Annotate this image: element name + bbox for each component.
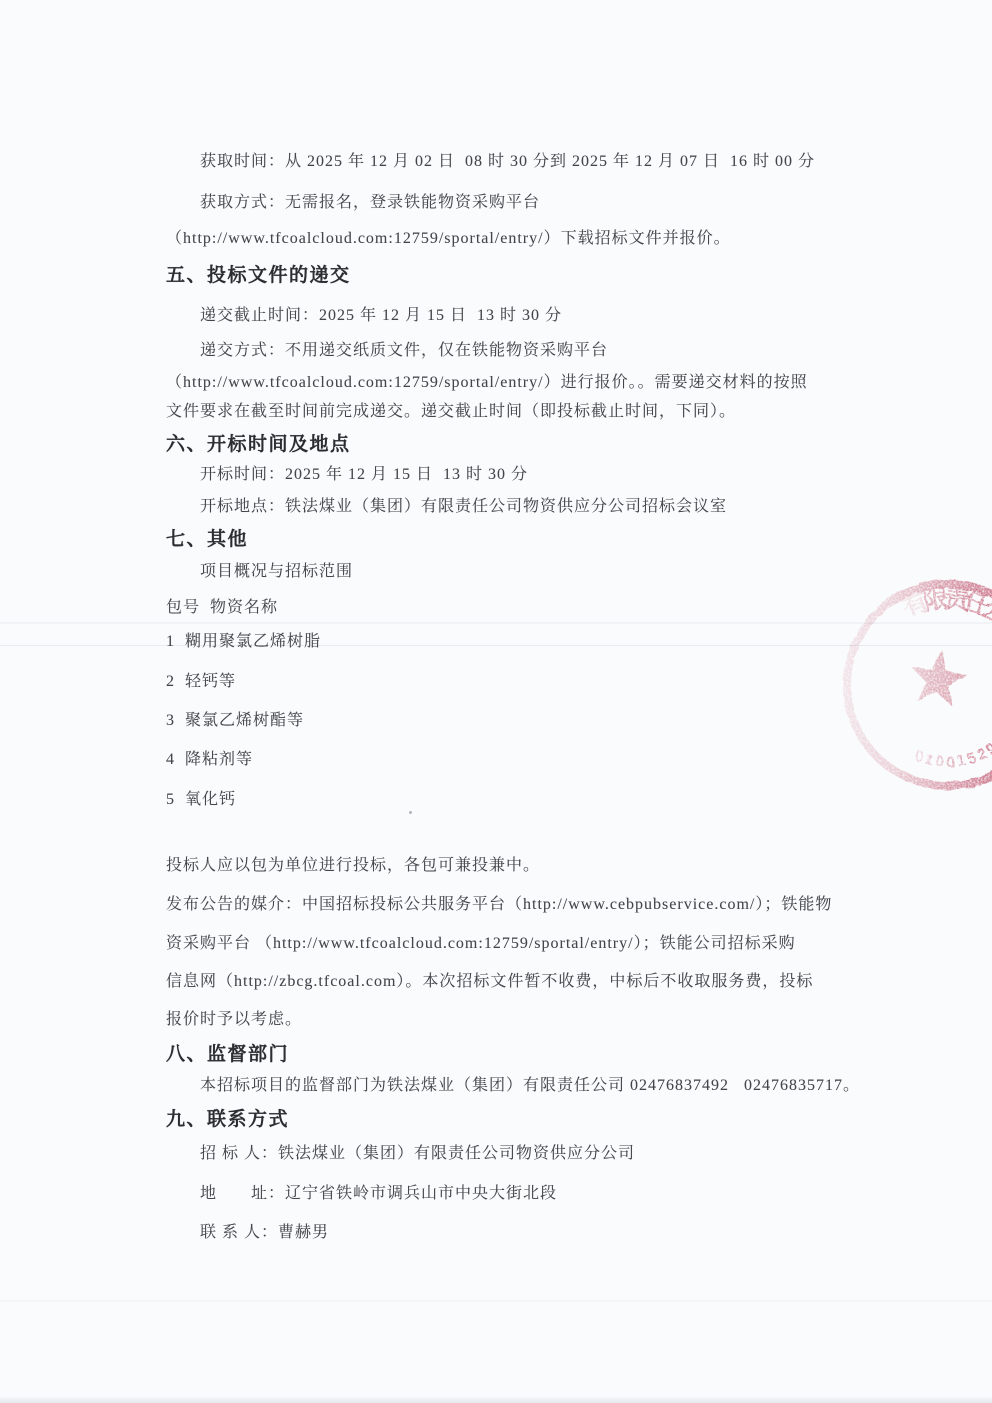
heading-section-8: 八、监督部门 <box>166 1039 289 1066</box>
svg-text:0: 0 <box>946 754 955 771</box>
svg-text:1: 1 <box>923 751 935 770</box>
package-item-3: 3 聚氯乙烯树酯等 <box>166 707 304 730</box>
line-media-3: 信息网（http://zbcg.tfcoal.com）。本次招标文件暂不收费，中… <box>166 968 813 991</box>
package-item-5: 5 氧化钙 <box>166 786 236 809</box>
scan-dot-artifact <box>409 811 412 814</box>
line-acquire-method: 获取方式：无需报名，登录铁能物资采购平台 <box>200 189 540 212</box>
heading-section-7: 七、其他 <box>166 524 248 551</box>
scan-band-artifact <box>0 1300 992 1302</box>
line-submit-url: （http://www.tfcoalcloud.com:12759/sporta… <box>166 369 808 392</box>
line-tenderer: 招 标 人：铁法煤业（集团）有限责任公司物资供应分公司 <box>200 1140 635 1163</box>
line-media-1: 发布公告的媒介：中国招标投标公共服务平台（http://www.cebpubse… <box>166 891 832 914</box>
scan-bottom-edge <box>0 1396 992 1403</box>
line-package-header: 包号 物资名称 <box>166 594 278 617</box>
line-media-2: 资采购平台 （http://www.tfcoalcloud.com:12759/… <box>166 930 796 953</box>
line-project-overview: 项目概况与招标范围 <box>200 558 353 581</box>
scanned-document-page: 获取时间：从 2025 年 12 月 02 日 08 时 30 分到 2025 … <box>0 0 992 1403</box>
line-submit-method: 递交方式：不用递交纸质文件，仅在铁能物资采购平台 <box>200 337 608 360</box>
line-supervision: 本招标项目的监督部门为铁法煤业（集团）有限责任公司 02476837492 02… <box>200 1072 860 1095</box>
official-seal-stamp: 有限责任公01001529 <box>823 560 992 810</box>
line-submit-deadline: 递交截止时间：2025 年 12 月 15 日 13 时 30 分 <box>200 302 562 325</box>
line-opening-place: 开标地点：铁法煤业（集团）有限责任公司物资供应分公司招标会议室 <box>200 493 727 516</box>
package-item-2: 2 轻钙等 <box>166 668 236 691</box>
line-submit-note: 文件要求在截至时间前完成递交。递交截止时间（即投标截止时间，下同）。 <box>166 398 736 421</box>
line-opening-time: 开标时间：2025 年 12 月 15 日 13 时 30 分 <box>200 461 528 484</box>
line-media-4: 报价时予以考虑。 <box>166 1006 302 1029</box>
package-item-4: 4 降粘剂等 <box>166 746 253 769</box>
line-contact: 联 系 人：曹赫男 <box>200 1219 329 1242</box>
line-bid-rule: 投标人应以包为单位进行投标，各包可兼投兼中。 <box>166 852 540 875</box>
heading-section-6: 六、开标时间及地点 <box>166 429 351 456</box>
svg-text:0: 0 <box>935 753 945 771</box>
heading-section-5: 五、投标文件的递交 <box>166 260 351 287</box>
package-item-1: 1 糊用聚氯乙烯树脂 <box>166 628 321 651</box>
line-acquire-time: 获取时间：从 2025 年 12 月 02 日 08 时 30 分到 2025 … <box>200 148 815 171</box>
line-acquire-url: （http://www.tfcoalcloud.com:12759/sporta… <box>166 225 731 248</box>
line-address: 地 址：辽宁省铁岭市调兵山市中央大街北段 <box>200 1180 557 1203</box>
heading-section-9: 九、联系方式 <box>166 1104 289 1131</box>
